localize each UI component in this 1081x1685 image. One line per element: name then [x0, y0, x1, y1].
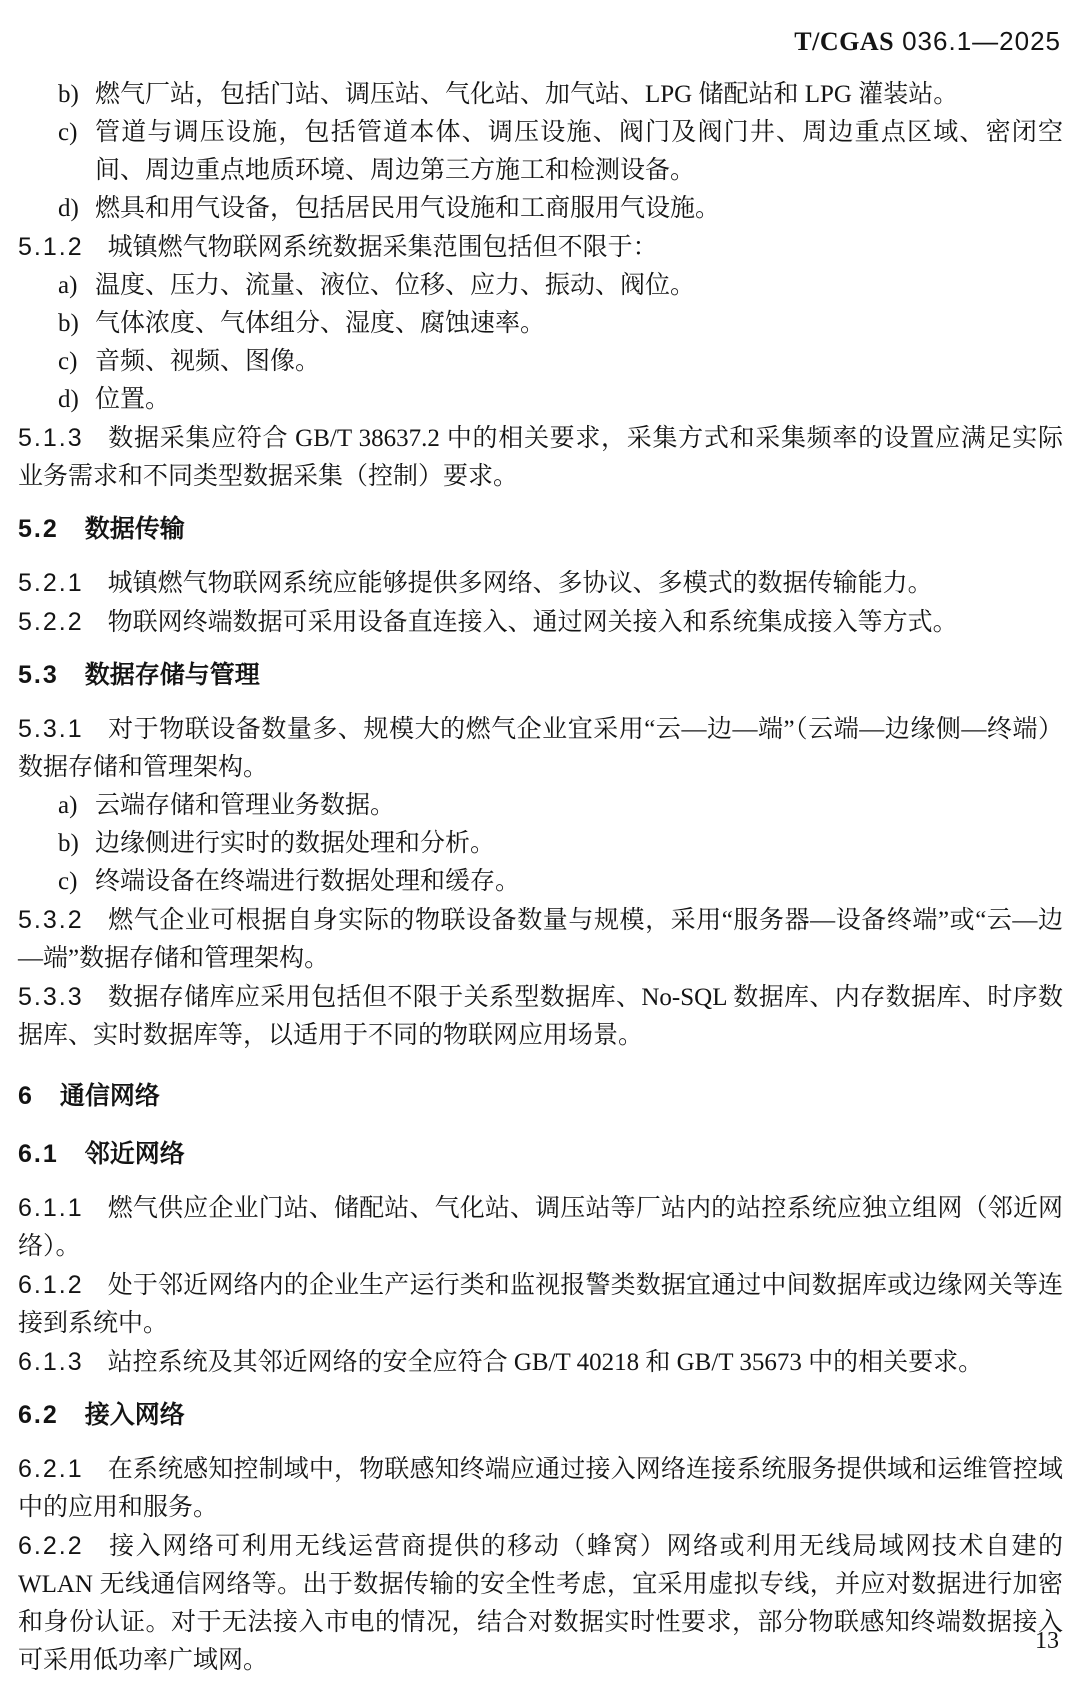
list-marker: d) — [58, 381, 79, 419]
clause-number: 5.3.1 — [18, 715, 84, 743]
paragraph-text: 燃气企业可根据自身实际的物联设备数量与规模，采用“服务器—设备终端”或“云—边—… — [18, 907, 1063, 972]
heading-number: 6 — [18, 1082, 34, 1110]
paragraph-text: 对于物联设备数量多、规模大的燃气企业宜采用“云—边—端”（云端—边缘侧—终端）数… — [18, 716, 1063, 781]
list-item: c)终端设备在终端进行数据处理和缓存。 — [18, 863, 1063, 901]
clause-number: 5.1.3 — [18, 424, 84, 452]
clause-paragraph: 5.2.2物联网终端数据可采用设备直连接入、通过网关接入和系统集成接入等方式。 — [18, 603, 1063, 642]
paragraph-text: 城镇燃气物联网系统数据采集范围包括但不限于： — [108, 234, 658, 261]
clause-number: 6.2.2 — [18, 1532, 84, 1560]
paragraph-text: 站控系统及其邻近网络的安全应符合 GB/T 40218 和 GB/T 35673… — [108, 1349, 984, 1376]
clause-paragraph: 5.3.1对于物联设备数量多、规模大的燃气企业宜采用“云—边—端”（云端—边缘侧… — [18, 710, 1063, 787]
paragraph-text: 接入网络可利用无线运营商提供的移动（蜂窝）网络或利用无线局域网技术自建的 WLA… — [18, 1533, 1063, 1674]
heading-title: 数据传输 — [85, 515, 185, 543]
paragraph-text: 云端存储和管理业务数据。 — [95, 792, 395, 819]
clause-number: 6.2.1 — [18, 1455, 84, 1483]
paragraph-text: 边缘侧进行实时的数据处理和分析。 — [95, 830, 495, 857]
heading-number: 6.1 — [18, 1140, 59, 1168]
running-header: T/CGAS036.1—2025 — [794, 26, 1061, 57]
clause-paragraph: 6.1.3站控系统及其邻近网络的安全应符合 GB/T 40218 和 GB/T … — [18, 1343, 1063, 1382]
paragraph-text: 在系统感知控制域中，物联感知终端应通过接入网络连接系统服务提供域和运维管控域中的… — [18, 1456, 1063, 1521]
heading-number: 5.3 — [18, 661, 59, 689]
paragraph-text: 位置。 — [95, 386, 170, 413]
list-item: b)燃气厂站，包括门站、调压站、气化站、加气站、LPG 储配站和 LPG 灌装站… — [18, 76, 1063, 114]
list-item: a)云端存储和管理业务数据。 — [18, 787, 1063, 825]
clause-paragraph: 5.3.3数据存储库应采用包括但不限于关系型数据库、No-SQL 数据库、内存数… — [18, 978, 1063, 1055]
clause-number: 5.2.2 — [18, 608, 84, 636]
list-marker: a) — [58, 787, 77, 825]
standard-number: 036.1—2025 — [902, 26, 1061, 56]
list-item: a)温度、压力、流量、液位、位移、应力、振动、阀位。 — [18, 267, 1063, 305]
paragraph-text: 数据采集应符合 GB/T 38637.2 中的相关要求，采集方式和采集频率的设置… — [18, 425, 1063, 490]
clause-number: 5.3.3 — [18, 983, 84, 1011]
standard-prefix: T/CGAS — [794, 27, 894, 56]
paragraph-text: 音频、视频、图像。 — [95, 348, 320, 375]
heading-title: 接入网络 — [85, 1401, 185, 1429]
list-marker: b) — [58, 305, 79, 343]
heading-title: 邻近网络 — [85, 1140, 185, 1168]
list-item: b)边缘侧进行实时的数据处理和分析。 — [18, 825, 1063, 863]
list-item: d)燃具和用气设备，包括居民用气设施和工商服用气设施。 — [18, 190, 1063, 228]
paragraph-text: 温度、压力、流量、液位、位移、应力、振动、阀位。 — [95, 272, 695, 299]
heading-number: 6.2 — [18, 1401, 59, 1429]
paragraph-text: 燃气供应企业门站、储配站、气化站、调压站等厂站内的站控系统应独立组网（邻近网络）… — [18, 1195, 1063, 1260]
clause-number: 6.1.3 — [18, 1348, 84, 1376]
list-marker: a) — [58, 267, 77, 305]
paragraph-text: 管道与调压设施，包括管道本体、调压设施、阀门及阀门井、周边重点区域、密闭空间、周… — [95, 119, 1063, 184]
heading-title: 通信网络 — [60, 1082, 160, 1110]
list-marker: b) — [58, 825, 79, 863]
clause-paragraph: 6.2.2接入网络可利用无线运营商提供的移动（蜂窝）网络或利用无线局域网技术自建… — [18, 1527, 1063, 1680]
paragraph-text: 燃气厂站，包括门站、调压站、气化站、加气站、LPG 储配站和 LPG 灌装站。 — [95, 81, 958, 108]
clause-paragraph: 5.2.1城镇燃气物联网系统应能够提供多网络、多协议、多模式的数据传输能力。 — [18, 564, 1063, 603]
paragraph-text: 处于邻近网络内的企业生产运行类和监视报警类数据宜通过中间数据库或边缘网关等连接到… — [18, 1272, 1063, 1337]
heading-title: 数据存储与管理 — [85, 661, 260, 689]
subsection-heading: 5.2数据传输 — [18, 510, 1063, 548]
paragraph-text: 终端设备在终端进行数据处理和缓存。 — [95, 868, 520, 895]
clause-paragraph: 5.1.3数据采集应符合 GB/T 38637.2 中的相关要求，采集方式和采集… — [18, 419, 1063, 496]
list-item: c)管道与调压设施，包括管道本体、调压设施、阀门及阀门井、周边重点区域、密闭空间… — [18, 114, 1063, 190]
subsection-heading: 6.2接入网络 — [18, 1396, 1063, 1434]
clause-paragraph: 6.1.1燃气供应企业门站、储配站、气化站、调压站等厂站内的站控系统应独立组网（… — [18, 1189, 1063, 1266]
subsection-heading: 5.3数据存储与管理 — [18, 656, 1063, 694]
clause-paragraph: 5.1.2城镇燃气物联网系统数据采集范围包括但不限于： — [18, 228, 1063, 267]
list-marker: c) — [58, 863, 77, 901]
list-marker: d) — [58, 190, 79, 228]
clause-paragraph: 5.3.2燃气企业可根据自身实际的物联设备数量与规模，采用“服务器—设备终端”或… — [18, 901, 1063, 978]
paragraph-text: 气体浓度、气体组分、湿度、腐蚀速率。 — [95, 310, 545, 337]
document-page: T/CGAS036.1—2025 b)燃气厂站，包括门站、调压站、气化站、加气站… — [0, 0, 1081, 1685]
document-body: b)燃气厂站，包括门站、调压站、气化站、加气站、LPG 储配站和 LPG 灌装站… — [18, 0, 1063, 1680]
list-marker: b) — [58, 76, 79, 114]
clause-number: 6.1.2 — [18, 1271, 84, 1299]
clause-number: 5.1.2 — [18, 233, 84, 261]
paragraph-text: 燃具和用气设备，包括居民用气设施和工商服用气设施。 — [95, 195, 720, 222]
clause-number: 5.3.2 — [18, 906, 84, 934]
list-item: c)音频、视频、图像。 — [18, 343, 1063, 381]
paragraph-text: 物联网终端数据可采用设备直连接入、通过网关接入和系统集成接入等方式。 — [108, 609, 958, 636]
clause-number: 6.1.1 — [18, 1194, 84, 1222]
paragraph-text: 数据存储库应采用包括但不限于关系型数据库、No-SQL 数据库、内存数据库、时序… — [18, 984, 1063, 1049]
section-heading: 6通信网络 — [18, 1077, 1063, 1115]
clause-number: 5.2.1 — [18, 569, 84, 597]
list-marker: c) — [58, 114, 77, 152]
page-number: 13 — [1035, 1629, 1059, 1653]
list-item: b)气体浓度、气体组分、湿度、腐蚀速率。 — [18, 305, 1063, 343]
heading-number: 5.2 — [18, 515, 59, 543]
subsection-heading: 6.1邻近网络 — [18, 1135, 1063, 1173]
clause-paragraph: 6.2.1在系统感知控制域中，物联感知终端应通过接入网络连接系统服务提供域和运维… — [18, 1450, 1063, 1527]
list-item: d)位置。 — [18, 381, 1063, 419]
clause-paragraph: 6.1.2处于邻近网络内的企业生产运行类和监视报警类数据宜通过中间数据库或边缘网… — [18, 1266, 1063, 1343]
list-marker: c) — [58, 343, 77, 381]
paragraph-text: 城镇燃气物联网系统应能够提供多网络、多协议、多模式的数据传输能力。 — [108, 570, 933, 597]
